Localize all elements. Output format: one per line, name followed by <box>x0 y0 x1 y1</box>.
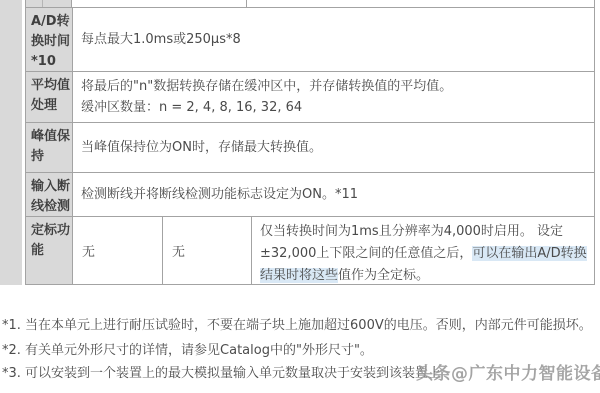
stub-cell <box>43 0 72 7</box>
cell-text: 检测断线并将断线检测功能标志设定为ON。*11 <box>81 184 588 205</box>
cell-text-line2: 缓冲区数量：n = 2, 4, 8, 16, 32, 64 <box>81 97 588 118</box>
page: A/D转换时间 *10 每点最大1.0ms或250μs*8 平均值处理 将最后的… <box>0 0 600 393</box>
footnote-1: *1. 当在本单元上进行耐压试验时，不要在端子块上施加超过600V的电压。否则，… <box>2 318 592 334</box>
footnote-3: *3. 可以安装到一个装置上的最大模拟量输入单元数量取决于安装到该装置上 <box>2 366 441 382</box>
cell-text: 每点最大1.0ms或250μs*8 <box>81 29 588 50</box>
row-label-disconnection-detect: 输入断线检测 <box>26 173 73 216</box>
scaling-cell-1: 无 <box>73 217 163 284</box>
row-value-ad-conversion-time: 每点最大1.0ms或250μs*8 <box>73 8 594 71</box>
table-row: 平均值处理 将最后的"n"数据转换存储在缓冲区中，并存储转换值的平均值。 缓冲区… <box>26 72 594 123</box>
row-value-peak-hold: 当峰值保持位为ON时，存储最大转换值。 <box>73 123 594 172</box>
table-row-stub <box>26 0 594 8</box>
row-label-scaling: 定标功能 <box>26 217 73 284</box>
stub-cell <box>72 0 247 7</box>
stub-cell <box>26 0 43 7</box>
row-value-disconnection-detect: 检测断线并将断线检测功能标志设定为ON。*11 <box>73 173 594 216</box>
table-row: 定标功能 无 无 仅当转换时间为1ms且分辨率为4,000时启用。 设定±32,… <box>26 217 594 285</box>
stub-cell <box>247 0 594 7</box>
table-row: 输入断线检测 检测断线并将断线检测功能标志设定为ON。*11 <box>26 173 594 217</box>
watermark-text: 头条@广东中力智能设备 <box>416 359 600 384</box>
table-row: A/D转换时间 *10 每点最大1.0ms或250μs*8 <box>26 8 594 72</box>
left-margin-strip <box>0 0 22 285</box>
footnote-2: *2. 有关单元外形尺寸的详情，请参见Catalog中的"外形尺寸"。 <box>2 343 373 359</box>
scaling-cell-2: 无 <box>163 217 252 284</box>
spec-table: A/D转换时间 *10 每点最大1.0ms或250μs*8 平均值处理 将最后的… <box>25 0 595 285</box>
cell-text-line1: 将最后的"n"数据转换存储在缓冲区中，并存储转换值的平均值。 <box>81 76 588 97</box>
scaling-cell-3: 仅当转换时间为1ms且分辨率为4,000时启用。 设定±32,000上下限之间的… <box>252 217 594 284</box>
cell-text: 当峰值保持位为ON时，存储最大转换值。 <box>81 137 588 158</box>
cell-text-post: 值作为全定标。 <box>338 268 429 283</box>
row-label-peak-hold: 峰值保持 <box>26 123 73 172</box>
row-label-ad-conversion-time: A/D转换时间 *10 <box>26 8 73 71</box>
row-label-mean-value: 平均值处理 <box>26 72 73 122</box>
table-row: 峰值保持 当峰值保持位为ON时，存储最大转换值。 <box>26 123 594 173</box>
row-value-mean-value: 将最后的"n"数据转换存储在缓冲区中，并存储转换值的平均值。 缓冲区数量：n =… <box>73 72 594 122</box>
